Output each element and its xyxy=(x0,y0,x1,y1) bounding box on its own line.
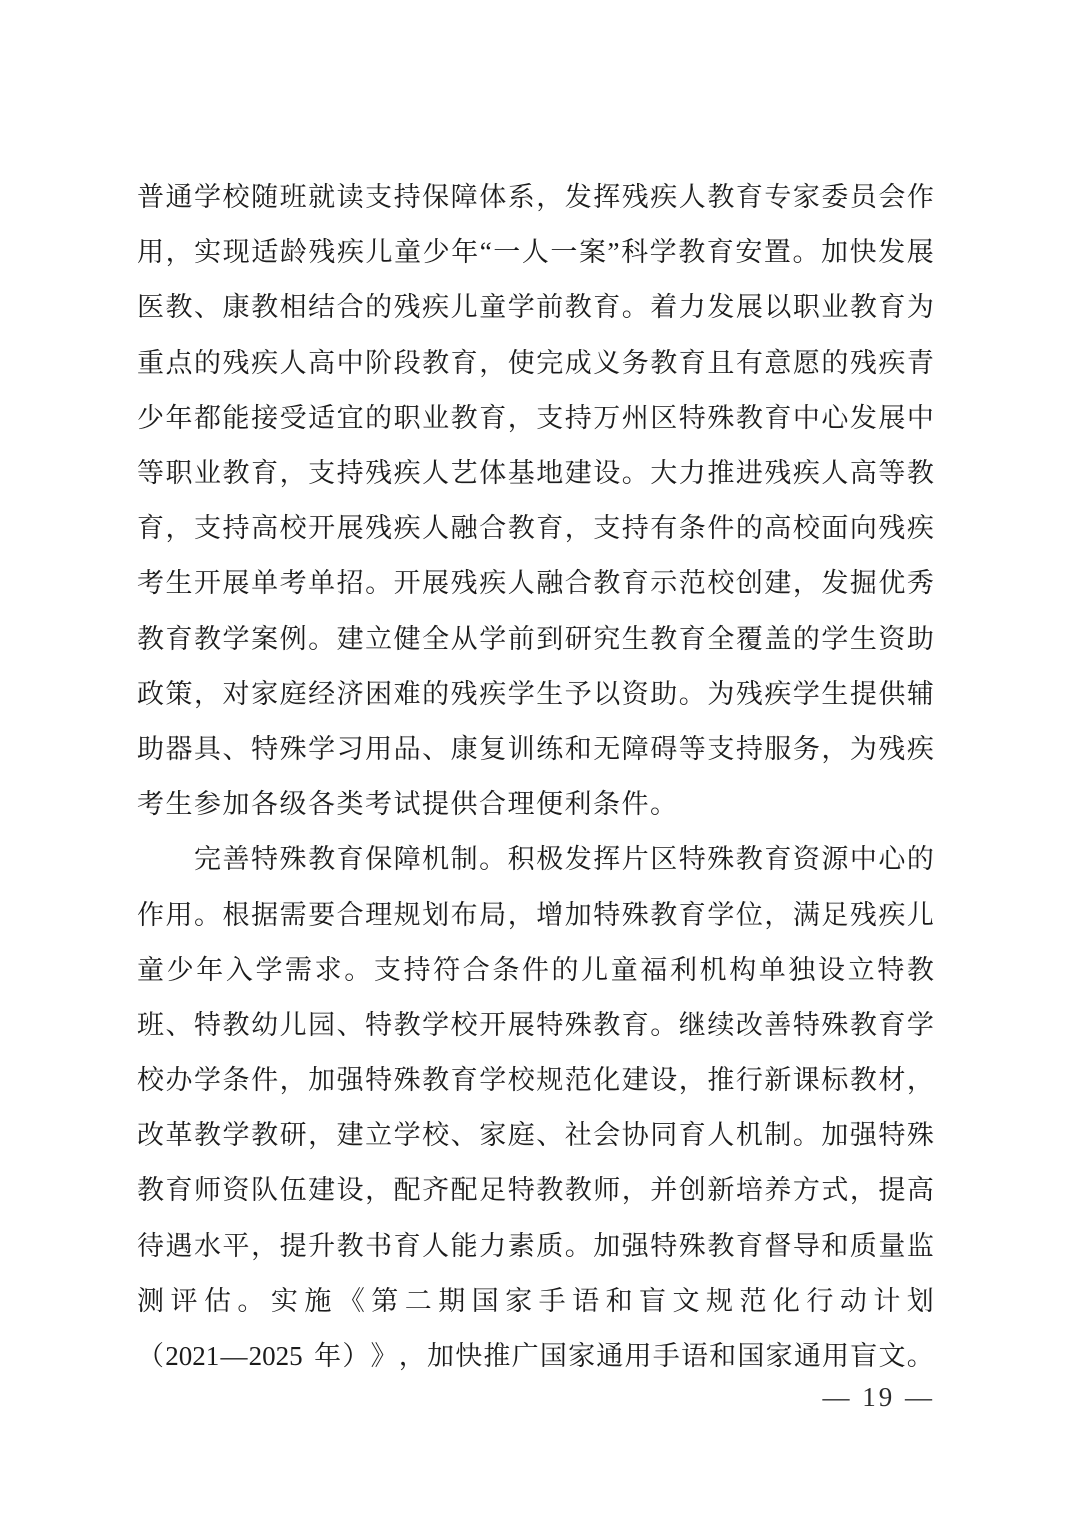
text-line: 教育师资队伍建设，配齐配足特教教师，并创新培养方式，提高 xyxy=(137,1163,934,1218)
text-line: 用，实现适龄残疾儿童少年“一人一案”科学教育安置。加快发展 xyxy=(137,225,934,280)
text-line: 改革教学教研，建立学校、家庭、社会协同育人机制。加强特殊 xyxy=(137,1108,934,1163)
text-line: 教育教学案例。建立健全从学前到研究生教育全覆盖的学生资助 xyxy=(137,612,934,667)
text-line: 考生开展单考单招。开展残疾人融合教育示范校创建，发掘优秀 xyxy=(137,556,934,611)
text-line: 政策，对家庭经济困难的残疾学生予以资助。为残疾学生提供辅 xyxy=(137,667,934,722)
text-block: 普通学校随班就读支持保障体系，发挥残疾人教育专家委员会作用，实现适龄残疾儿童少年… xyxy=(137,170,934,1384)
text-line: 等职业教育，支持残疾人艺体基地建设。大力推进残疾人高等教 xyxy=(137,446,934,501)
text-line: 助器具、特殊学习用品、康复训练和无障碍等支持服务，为残疾 xyxy=(137,722,934,777)
text-line: 测评估。实施《第二期国家手语和盲文规范化行动计划 xyxy=(137,1274,934,1329)
text-line: 待遇水平，提升教书育人能力素质。加强特殊教育督导和质量监 xyxy=(137,1219,934,1274)
text-line: 作用。根据需要合理规划布局，增加特殊教育学位，满足残疾儿 xyxy=(137,887,934,942)
text-line: 普通学校随班就读支持保障体系，发挥残疾人教育专家委员会作 xyxy=(137,170,934,225)
text-line: 医教、康教相结合的残疾儿童学前教育。着力发展以职业教育为 xyxy=(137,280,934,335)
text-line: 少年都能接受适宜的职业教育，支持万州区特殊教育中心发展中 xyxy=(137,391,934,446)
text-line: 班、特教幼儿园、特教学校开展特殊教育。继续改善特殊教育学 xyxy=(137,998,934,1053)
text-line: 童少年入学需求。支持符合条件的儿童福利机构单独设立特教 xyxy=(137,943,934,998)
text-line: 重点的残疾人高中阶段教育，使完成义务教育且有意愿的残疾青 xyxy=(137,336,934,391)
text-line: （2021—2025年）》，加快推广国家通用手语和国家通用盲文。 xyxy=(137,1329,934,1384)
page-number: — 19 — xyxy=(823,1382,936,1413)
text-line: 育，支持高校开展残疾人融合教育，支持有条件的高校面向残疾 xyxy=(137,501,934,556)
text-line: 校办学条件，加强特殊教育学校规范化建设，推行新课标教材， xyxy=(137,1053,934,1108)
text-line: 考生参加各级各类考试提供合理便利条件。 xyxy=(137,777,934,832)
text-line: 完善特殊教育保障机制。积极发挥片区特殊教育资源中心的 xyxy=(137,832,934,887)
document-page: 普通学校随班就读支持保障体系，发挥残疾人教育专家委员会作用，实现适龄残疾儿童少年… xyxy=(0,0,1074,1520)
